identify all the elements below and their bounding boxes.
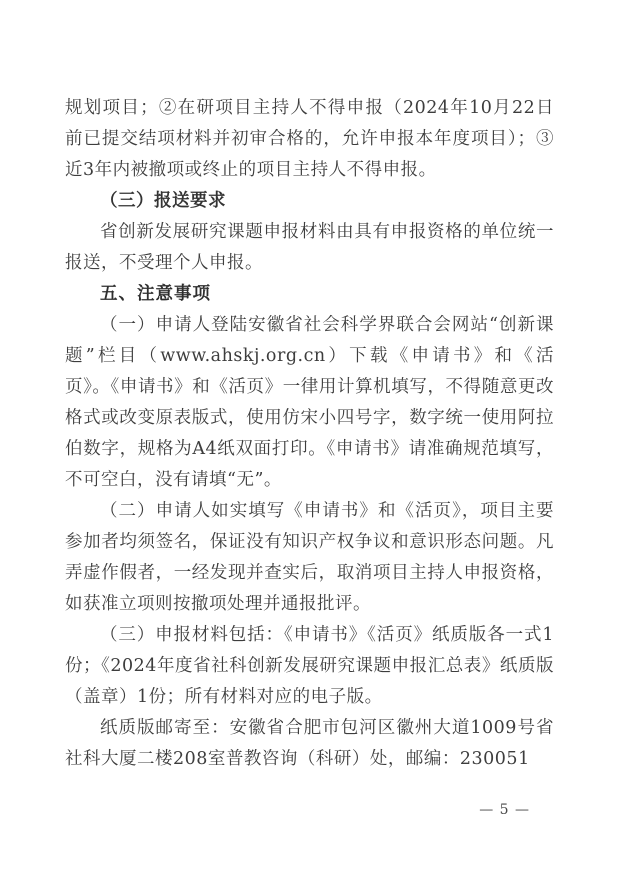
paragraph-note-3: （三）申报材料包括：《申请书》《活页》纸质版各一式1份；《2024年度省社科创新… bbox=[65, 620, 554, 713]
paragraph-submission-requirements: 省创新发展研究课题申报材料由具有申报资格的单位统一报送，不受理个人申报。 bbox=[65, 217, 554, 279]
document-page: 规划项目；②在研项目主持人不得申报（2024年10月22日前已提交结项材料并初审… bbox=[0, 0, 618, 876]
page-number: — 5 — bbox=[479, 802, 530, 818]
paragraph-note-1: （一）申请人登陆安徽省社会科学界联合会网站“创新课题”栏目（www.ahskj.… bbox=[65, 310, 554, 496]
paragraph-application-restrictions: 规划项目；②在研项目主持人不得申报（2024年10月22日前已提交结项材料并初审… bbox=[65, 93, 554, 186]
paragraph-mailing-address: 纸质版邮寄至：安徽省合肥市包河区徽州大道1009号省社科大厦二楼208室普教咨询… bbox=[65, 713, 554, 775]
document-body: 规划项目；②在研项目主持人不得申报（2024年10月22日前已提交结项材料并初审… bbox=[65, 93, 554, 775]
paragraph-note-2: （二）申请人如实填写《申请书》和《活页》，项目主要参加者均须签名，保证没有知识产… bbox=[65, 496, 554, 620]
heading-submission-requirements: （三）报送要求 bbox=[65, 186, 554, 217]
heading-notes: 五、注意事项 bbox=[65, 279, 554, 310]
